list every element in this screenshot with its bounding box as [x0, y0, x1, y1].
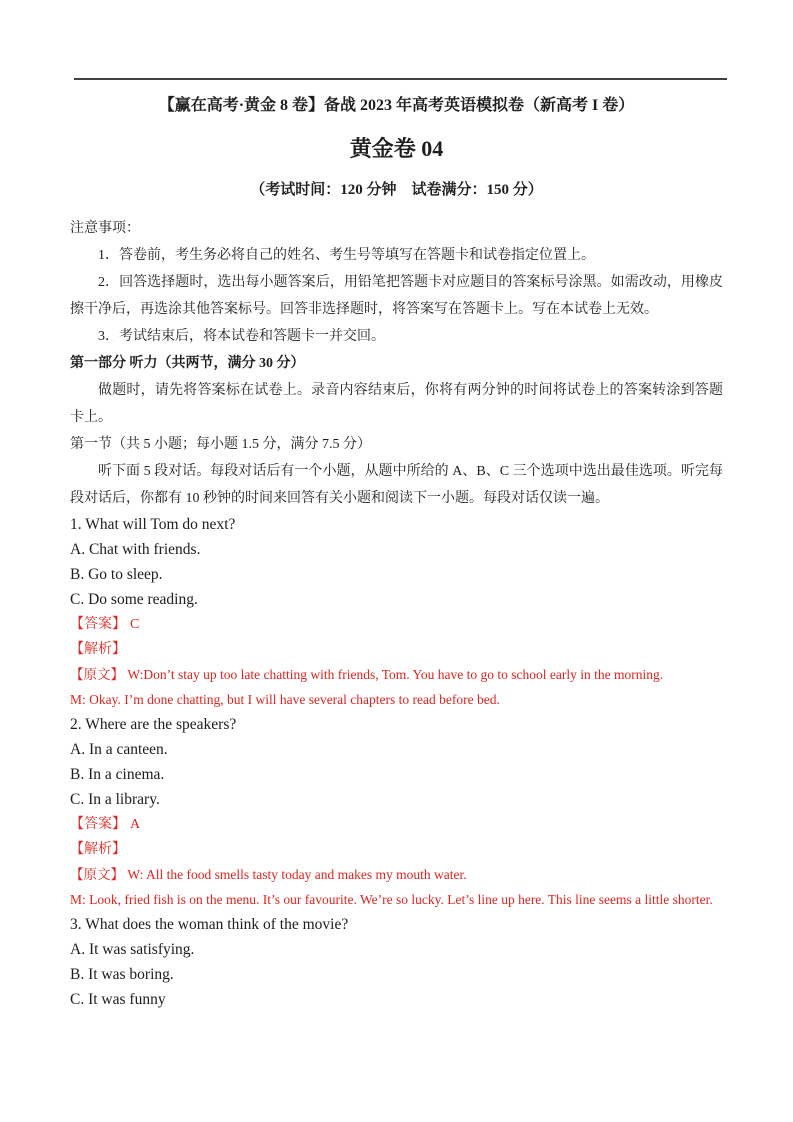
question-3-option-a: A. It was satisfying.	[70, 937, 723, 962]
question-2-option-b: B. In a cinema.	[70, 762, 723, 787]
question-3-stem: 3. What does the woman think of the movi…	[70, 912, 723, 937]
notice-item-1: 1．答卷前，考生务必将自己的姓名、考生号等填写在答题卡和试卷指定位置上。	[70, 242, 723, 269]
question-2-block: 2. Where are the speakers? A. In a cante…	[70, 712, 723, 912]
part1-heading: 第一部分 听力（共两节，满分 30 分）	[70, 350, 723, 377]
question-2-option-a: A. In a canteen.	[70, 737, 723, 762]
question-1-block: 1. What will Tom do next? A. Chat with f…	[70, 512, 723, 712]
series-title: 【赢在高考·黄金 8 卷】备战 2023 年高考英语模拟卷（新高考 I 卷）	[70, 95, 723, 117]
answer-label: 【答案】	[70, 817, 126, 832]
question-1-transcript-line-1: 【原文】 W:Don’t stay up too late chatting w…	[70, 662, 723, 687]
notice-item-3: 3．考试结束后，将本试卷和答题卡一并交回。	[70, 323, 723, 350]
transcript-text: W: All the food smells tasty today and m…	[127, 867, 466, 882]
question-1-answer-value: C	[126, 617, 139, 632]
paper-title: 黄金卷 04	[70, 134, 723, 164]
notice-item-2: 2．回答选择题时，选出每小题答案后，用铅笔把答题卡对应题目的答案标号涂黑。如需改…	[70, 269, 723, 323]
question-3-block: 3. What does the woman think of the movi…	[70, 912, 723, 1012]
exam-paper-page: 【赢在高考·黄金 8 卷】备战 2023 年高考英语模拟卷（新高考 I 卷） 黄…	[0, 0, 793, 1122]
question-2-transcript-line-1: 【原文】 W: All the food smells tasty today …	[70, 862, 723, 887]
question-2-option-c: C. In a library.	[70, 787, 723, 812]
question-1-stem: 1. What will Tom do next?	[70, 512, 723, 537]
question-2-transcript-line-2: M: Look, fried fish is on the menu. It’s…	[70, 887, 723, 912]
question-2-answer-value: A	[126, 817, 140, 832]
part1-intro: 做题时，请先将答案标在试卷上。录音内容结束后，你将有两分钟的时间将试卷上的答案转…	[70, 377, 723, 431]
notice-heading: 注意事项：	[70, 215, 723, 242]
notice-section: 注意事项： 1．答卷前，考生务必将自己的姓名、考生号等填写在答题卡和试卷指定位置…	[70, 215, 723, 512]
question-1-option-c: C. Do some reading.	[70, 587, 723, 612]
question-1-option-b: B. Go to sleep.	[70, 562, 723, 587]
question-3-option-b: B. It was boring.	[70, 962, 723, 987]
question-1-transcript-line-2: M: Okay. I’m done chatting, but I will h…	[70, 687, 723, 712]
section1-intro: 听下面 5 段对话。每段对话后有一个小题，从题中所给的 A、B、C 三个选项中选…	[70, 458, 723, 512]
answer-label: 【答案】	[70, 617, 126, 632]
question-1-analysis-label: 【解析】	[70, 637, 723, 662]
question-3-option-c: C. It was funny	[70, 987, 723, 1012]
question-2-analysis-label: 【解析】	[70, 837, 723, 862]
question-1-option-a: A. Chat with friends.	[70, 537, 723, 562]
question-2-answer-line: 【答案】A	[70, 812, 723, 837]
question-1-answer-line: 【答案】C	[70, 612, 723, 637]
header-divider	[74, 78, 727, 80]
question-2-stem: 2. Where are the speakers?	[70, 712, 723, 737]
exam-info: （考试时间：120 分钟 试卷满分：150 分）	[70, 180, 723, 200]
source-label: 【原文】	[70, 867, 124, 882]
transcript-text: W:Don’t stay up too late chatting with f…	[127, 667, 663, 682]
section1-heading: 第一节（共 5 小题；每小题 1.5 分，满分 7.5 分）	[70, 431, 723, 458]
source-label: 【原文】	[70, 667, 124, 682]
